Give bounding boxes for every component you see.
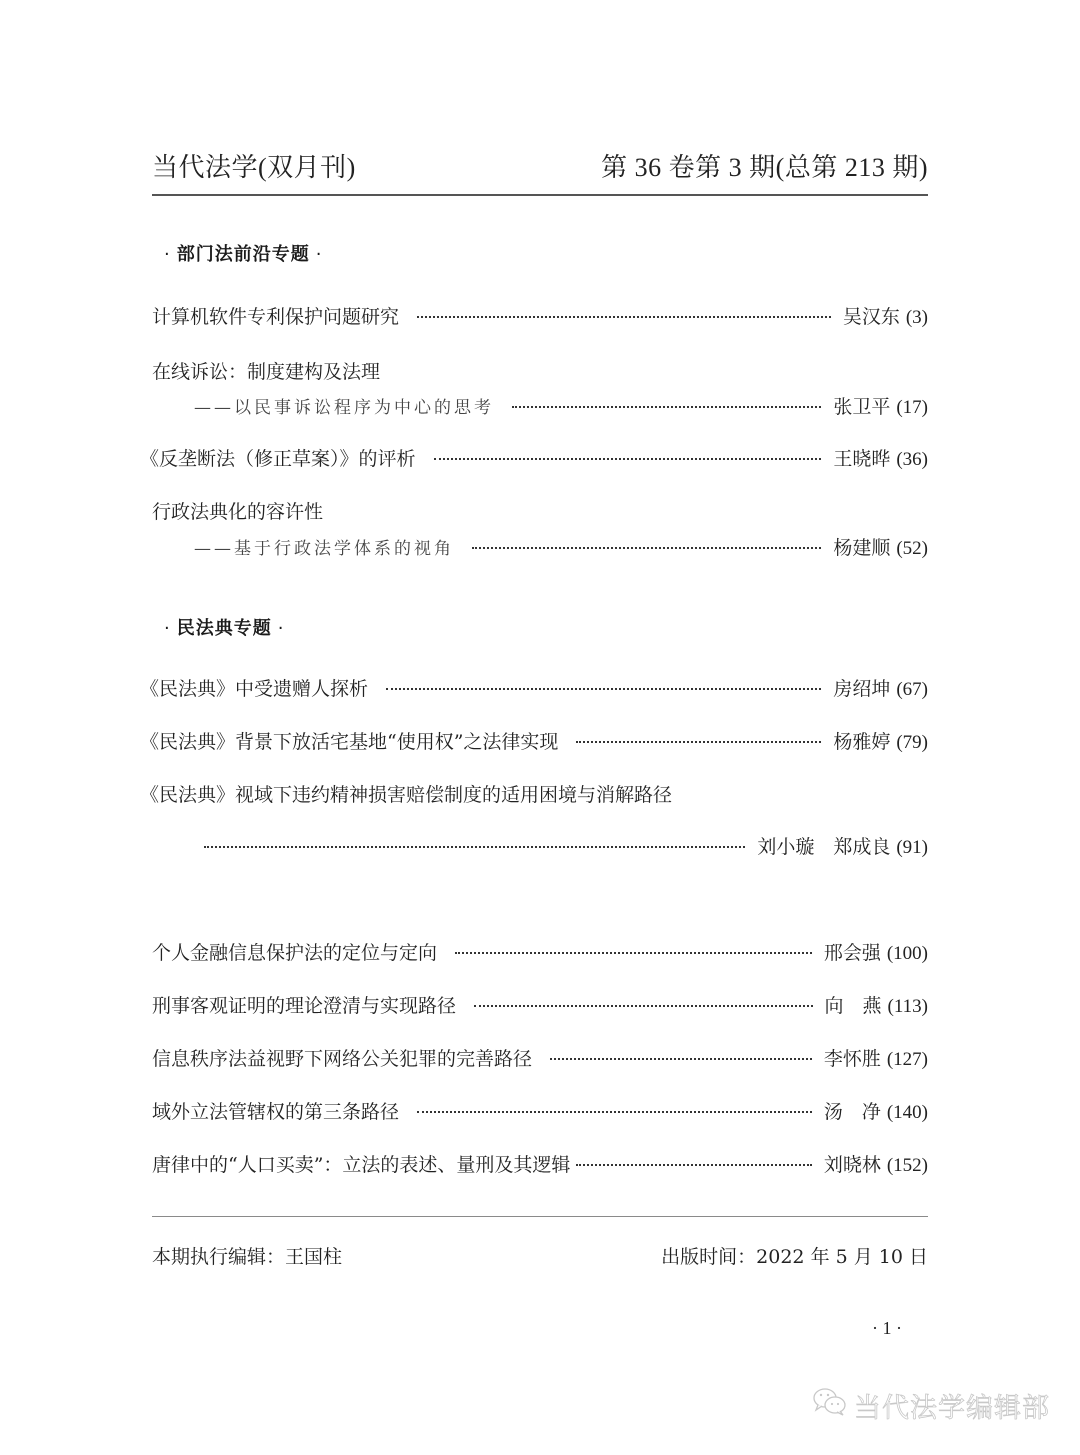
entry-page: (140)	[887, 1102, 928, 1124]
bullet-dot: ·	[164, 244, 171, 265]
entry-title: 信息秩序法益视野下网络公关犯罪的完善路径	[152, 1044, 532, 1071]
entry-author: 吴汉东	[843, 302, 900, 329]
entry-title[interactable]: 行政法典化的容许性	[152, 497, 323, 524]
dot-leader	[204, 846, 745, 848]
entry-author: 汤 净	[824, 1097, 881, 1124]
entry-author: 邢会强	[824, 938, 881, 965]
toc-entry[interactable]: 《反垄断法（修正草案）》的评析 王晓晔 (36)	[140, 444, 928, 474]
entry-subtitle: ——基于行政法学体系的视角	[194, 534, 454, 559]
wechat-watermark: 当代法学编辑部	[812, 1386, 1050, 1425]
dot-leader	[576, 741, 821, 743]
toc-entry[interactable]: 计算机软件专利保护问题研究 吴汉东 (3)	[152, 302, 928, 332]
toc-entry[interactable]: 《民法典》中受遗赠人探析 房绍坤 (67)	[140, 674, 928, 704]
executive-editor: 本期执行编辑：王国柱	[152, 1242, 342, 1269]
entry-title: 《反垄断法（修正草案）》的评析	[140, 444, 416, 471]
issue-footer: 本期执行编辑：王国柱 出版时间：2022 年 5 月 10 日	[152, 1242, 928, 1269]
entry-author: 刘晓林	[824, 1150, 881, 1177]
entry-title[interactable]: 在线诉讼：制度建构及法理	[152, 357, 380, 384]
dot-leader	[386, 688, 821, 690]
dot-leader	[512, 406, 821, 408]
section-heading-text: 民法典专题	[177, 618, 272, 639]
toc-entry[interactable]: ——以民事诉讼程序为中心的思考 张卫平 (17)	[152, 392, 928, 422]
journal-title: 当代法学(双月刊)	[152, 147, 356, 184]
watermark-text: 当代法学编辑部	[854, 1386, 1050, 1425]
dot-leader	[474, 1005, 813, 1007]
wechat-icon	[812, 1387, 854, 1424]
entry-author: 王晓晔	[833, 444, 890, 471]
entry-title: 个人金融信息保护法的定位与定向	[152, 938, 437, 965]
entry-page: (79)	[896, 732, 928, 754]
toc-entry[interactable]: 域外立法管辖权的第三条路径 汤 净 (140)	[152, 1097, 928, 1127]
section-heading-frontier: ·部门法前沿专题·	[158, 240, 328, 266]
dot-leader	[455, 952, 812, 954]
entry-author: 向 燕	[825, 991, 882, 1018]
entry-page: (91)	[896, 837, 928, 859]
toc-entry[interactable]: 刘小璇 郑成良 (91)	[152, 832, 928, 862]
journal-header: 当代法学(双月刊) 第 36 卷第 3 期(总第 213 期)	[152, 140, 928, 190]
toc-entry[interactable]: 个人金融信息保护法的定位与定向 邢会强 (100)	[152, 938, 928, 968]
toc-entry[interactable]: 唐律中的“人口买卖”：立法的表述、量刑及其逻辑 刘晓林 (152)	[152, 1150, 928, 1180]
entry-title: 计算机软件专利保护问题研究	[152, 302, 399, 329]
toc-entry[interactable]: 信息秩序法益视野下网络公关犯罪的完善路径 李怀胜 (127)	[152, 1044, 928, 1074]
journal-toc-page: 当代法学(双月刊) 第 36 卷第 3 期(总第 213 期) ·部门法前沿专题…	[0, 0, 1080, 1455]
entry-page: (52)	[896, 538, 928, 560]
issue-info: 第 36 卷第 3 期(总第 213 期)	[601, 147, 928, 184]
dot-leader	[550, 1058, 812, 1060]
entry-page: (3)	[906, 307, 928, 329]
bullet-dot: ·	[278, 618, 285, 639]
entry-title: 《民法典》背景下放活宅基地“使用权”之法律实现	[140, 727, 558, 754]
entry-author: 房绍坤	[833, 674, 890, 701]
toc-entry[interactable]: 刑事客观证明的理论澄清与实现路径 向 燕 (113)	[152, 991, 928, 1021]
entry-page: (100)	[887, 943, 928, 965]
page-number: · 1 ·	[872, 1318, 902, 1339]
entry-title: 刑事客观证明的理论澄清与实现路径	[152, 991, 456, 1018]
entry-subtitle: ——以民事诉讼程序为中心的思考	[194, 393, 494, 418]
entry-page: (113)	[888, 996, 928, 1018]
entry-title: 唐律中的“人口买卖”：立法的表述、量刑及其逻辑	[152, 1150, 570, 1177]
bullet-dot: ·	[316, 244, 323, 265]
toc-entry[interactable]: 《民法典》背景下放活宅基地“使用权”之法律实现 杨雅婷 (79)	[140, 727, 928, 757]
dot-leader	[417, 316, 831, 318]
dot-leader	[576, 1164, 811, 1166]
entry-page: (36)	[896, 449, 928, 471]
toc-entry[interactable]: ——基于行政法学体系的视角 杨建顺 (52)	[152, 533, 928, 563]
header-divider	[152, 194, 928, 196]
dot-leader	[472, 547, 821, 549]
entry-title: 《民法典》中受遗赠人探析	[140, 674, 368, 701]
entry-title[interactable]: 《民法典》视域下违约精神损害赔偿制度的适用困境与消解路径	[140, 780, 672, 807]
entry-page: (127)	[887, 1049, 928, 1071]
dot-leader	[434, 458, 822, 460]
section-heading-civil-code: ·民法典专题·	[158, 614, 290, 640]
section-heading-text: 部门法前沿专题	[177, 244, 310, 265]
publication-date: 出版时间：2022 年 5 月 10 日	[661, 1242, 928, 1269]
entry-author: 李怀胜	[824, 1044, 881, 1071]
entry-page: (152)	[887, 1155, 928, 1177]
entry-page: (17)	[896, 397, 928, 419]
bullet-dot: ·	[164, 618, 171, 639]
entry-author: 刘小璇 郑成良	[757, 832, 890, 859]
entry-page: (67)	[896, 679, 928, 701]
entry-author: 杨建顺	[833, 533, 890, 560]
entry-author: 杨雅婷	[833, 727, 890, 754]
entry-title: 域外立法管辖权的第三条路径	[152, 1097, 399, 1124]
footer-divider	[152, 1216, 928, 1217]
dot-leader	[417, 1111, 812, 1113]
entry-author: 张卫平	[833, 392, 890, 419]
